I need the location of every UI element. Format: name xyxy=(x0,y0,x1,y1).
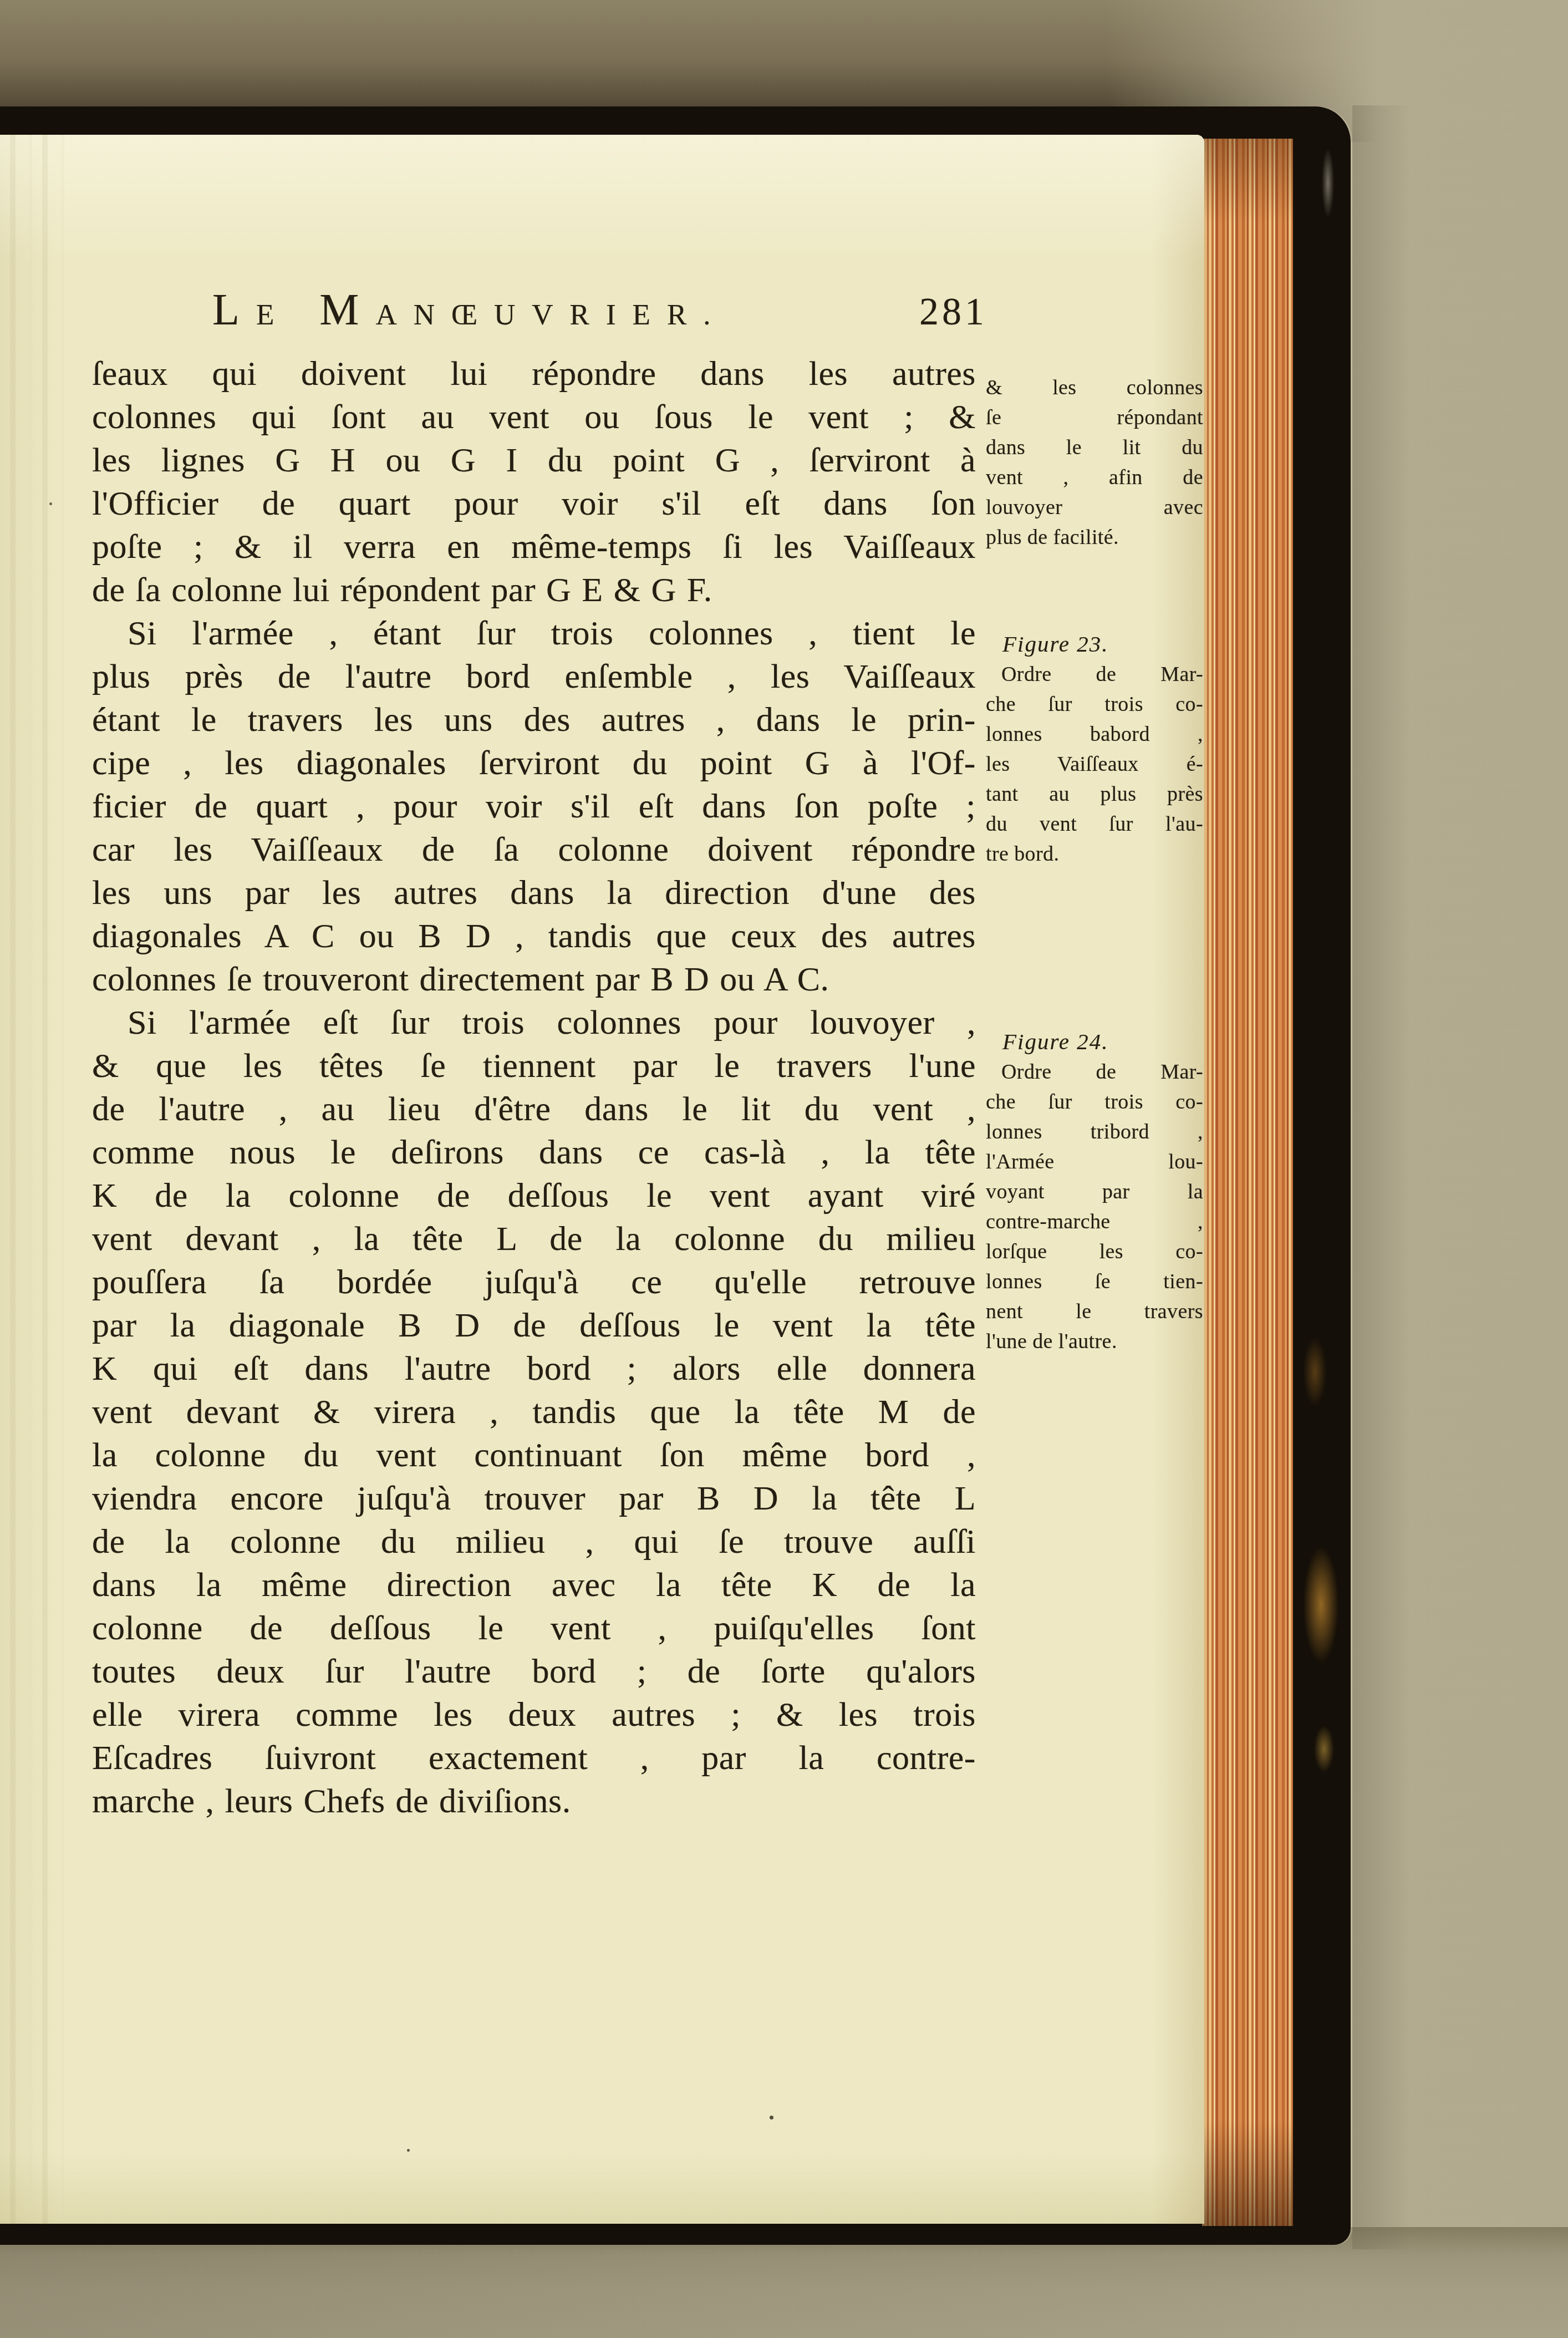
cover-corner-scratch xyxy=(1309,140,1347,284)
text-line: les lignes G H ou G I du point G , ſervi… xyxy=(92,439,976,482)
text-line: vent devant , la tête L de la colonne du… xyxy=(92,1217,976,1261)
margin-note-1: & les colonnesſe répondantdans le lit du… xyxy=(986,373,1203,552)
text-line: colonnes qui ſont au vent ou ſous le ven… xyxy=(92,395,976,439)
text-line: Si l'armée eſt ſur trois colonnes pour l… xyxy=(92,1001,976,1044)
text-line: l'une de l'autre. xyxy=(986,1326,1203,1356)
paragraph-2: Si l'armée , étant ſur trois colonnes , … xyxy=(92,612,976,1001)
text-line: vent devant & virera , tandis que la têt… xyxy=(92,1390,976,1434)
margin-note-figure-23: Figure 23. Ordre de Mar-che ſur trois co… xyxy=(986,628,1203,869)
text-line: les uns par les autres dans la direction… xyxy=(92,871,976,914)
text-line: colonne de deſſous le vent , puiſqu'elle… xyxy=(92,1607,976,1650)
text-line: voyant par la xyxy=(986,1177,1203,1207)
text-line: comme nous le deſirons dans ce cas-là , … xyxy=(92,1131,976,1174)
main-text-column: ſeaux qui doivent lui répondre dans les … xyxy=(92,352,976,1823)
figure-24-caption: Figure 24. xyxy=(986,1026,1203,1057)
text-line: poſte ; & il verra en même-temps ſi les … xyxy=(92,525,976,568)
figure-23-note-body: Ordre de Mar-che ſur trois co-lonnes bab… xyxy=(986,659,1203,869)
text-line: lonnes ſe tien- xyxy=(986,1267,1203,1297)
text-line: lorſque les co- xyxy=(986,1237,1203,1267)
paragraph-1: ſeaux qui doivent lui répondre dans les … xyxy=(92,352,976,612)
text-line: che ſur trois co- xyxy=(986,1087,1203,1117)
text-line: tre bord. xyxy=(986,839,1203,869)
text-line: du vent ſur l'au- xyxy=(986,809,1203,839)
text-line: tant au plus près xyxy=(986,779,1203,809)
text-line: che ſur trois co- xyxy=(986,689,1203,719)
text-line: toutes deux ſur l'autre bord ; de ſorte … xyxy=(92,1650,976,1693)
text-line: viendra encore juſqu'à trouver par B D l… xyxy=(92,1477,976,1520)
text-line: nent le travers xyxy=(986,1297,1203,1326)
text-line: l'Armée lou- xyxy=(986,1147,1203,1177)
scanned-book-photo: LeManœuvrier. 281 ſeaux qui doivent lui … xyxy=(0,0,1568,2338)
text-line: plus de facilité. xyxy=(986,522,1203,552)
title-initial: M xyxy=(319,286,375,334)
margin-note-figure-24: Figure 24. Ordre de Mar-che ſur trois co… xyxy=(986,1026,1203,1356)
book-page: LeManœuvrier. 281 ſeaux qui doivent lui … xyxy=(0,135,1204,2224)
figure-23-caption: Figure 23. xyxy=(986,628,1203,659)
text-line: Si l'armée , étant ſur trois colonnes , … xyxy=(92,612,976,655)
text-line: étant le travers les uns des autres , da… xyxy=(92,698,976,741)
text-line: diagonales A C ou B D , tandis que ceux … xyxy=(92,914,976,958)
text-line: & que les têtes ſe tiennent par le trave… xyxy=(92,1044,976,1087)
text-line: K qui eſt dans l'autre bord ; alors elle… xyxy=(92,1347,976,1390)
text-line: & les colonnes xyxy=(986,373,1203,403)
text-line: ficier de quart , pour voir s'il eſt dan… xyxy=(92,785,976,828)
text-line: dans le lit du xyxy=(986,433,1203,462)
paragraph-3: Si l'armée eſt ſur trois colonnes pour l… xyxy=(92,1001,976,1823)
text-line: l'Officier de quart pour voir s'il eſt d… xyxy=(92,482,976,525)
text-line: de l'autre , au lieu d'être dans le lit … xyxy=(92,1087,976,1131)
text-line: car les Vaiſſeaux de ſa colonne doivent … xyxy=(92,828,976,871)
cover-wear-marks xyxy=(1287,1261,1348,1816)
text-line: Ordre de Mar- xyxy=(986,659,1203,689)
text-line: pouſſera ſa bordée juſqu'à ce qu'elle re… xyxy=(92,1261,976,1304)
running-header: LeManœuvrier. 281 xyxy=(212,288,987,334)
text-line: K de la colonne de deſſous le vent ayant… xyxy=(92,1174,976,1217)
text-line: contre-marche , xyxy=(986,1207,1203,1237)
text-line: lonnes tribord , xyxy=(986,1117,1203,1147)
page-number: 281 xyxy=(919,290,987,334)
text-line: par la diagonale B D de deſſous le vent … xyxy=(92,1304,976,1347)
text-line: plus près de l'autre bord enſemble , les… xyxy=(92,655,976,698)
text-line: marche , leurs Chefs de diviſions. xyxy=(92,1780,976,1823)
figure-24-note-body: Ordre de Mar-che ſur trois co-lonnes tri… xyxy=(986,1057,1203,1356)
text-line: elle virera comme les deux autres ; & le… xyxy=(92,1693,976,1736)
text-line: louvoyer avec xyxy=(986,492,1203,522)
page-left-streaks xyxy=(0,135,72,2224)
cover-right-shadow xyxy=(1352,105,1424,2249)
text-line: les Vaiſſeaux é- xyxy=(986,749,1203,779)
text-line: ſe répondant xyxy=(986,403,1203,433)
text-line: dans la même direction avec la tête K de… xyxy=(92,1563,976,1607)
title-smallcaps: anœuvrier. xyxy=(375,299,727,331)
text-line: la colonne du vent continuant ſon même b… xyxy=(92,1434,976,1477)
title-initial: L xyxy=(212,286,256,334)
text-line: de ſa colonne lui répondent par G E & G … xyxy=(92,568,976,612)
page-fore-edge xyxy=(1202,139,1293,2226)
text-line: ſeaux qui doivent lui répondre dans les … xyxy=(92,352,976,395)
text-line: de la colonne du milieu , qui ſe trouve … xyxy=(92,1520,976,1563)
text-line: colonnes ſe trouveront directement par B… xyxy=(92,958,976,1001)
text-line: Ordre de Mar- xyxy=(986,1057,1203,1087)
page-title: LeManœuvrier. xyxy=(212,288,727,332)
text-line: lonnes babord , xyxy=(986,719,1203,749)
title-smallcaps: e xyxy=(256,299,291,331)
text-line: Eſcadres ſuivront exactement , par la co… xyxy=(92,1736,976,1780)
text-line: cipe , les diagonales ſerviront du point… xyxy=(92,741,976,785)
text-line: vent , afin de xyxy=(986,462,1203,492)
